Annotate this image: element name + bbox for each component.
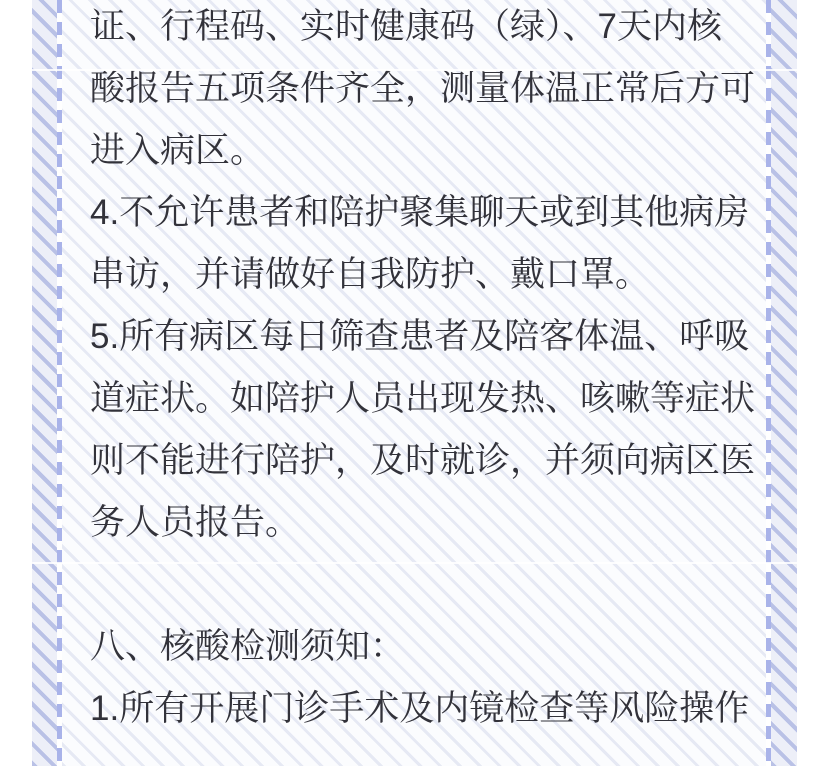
text-line: 证、行程码、实时健康码（绿）、7天内核 [90,0,746,58]
text-line: 串访，并请做好自我防护、戴口罩。 [90,244,746,306]
text-line: 务人员报告。 [90,492,746,554]
text-line: 1.所有开展门诊手术及内镜检查等风险操作 [90,678,746,740]
left-striped-border [32,0,57,766]
text-line: 5.所有病区每日筛查患者及陪客体温、呼吸 [90,306,746,368]
text-line: 酸报告五项条件齐全，测量体温正常后方可 [90,58,746,120]
text-line: 道症状。如陪护人员出现发热、咳嗽等症状 [90,368,746,430]
right-page-margin [797,0,828,766]
notice-content-area: 证、行程码、实时健康码（绿）、7天内核酸报告五项条件齐全，测量体温正常后方可进入… [62,0,766,766]
text-line: 进入病区。 [90,120,746,182]
left-page-margin [0,0,32,766]
text-line: 4.不允许患者和陪护聚集聊天或到其他病房 [90,182,746,244]
notice-page: 证、行程码、实时健康码（绿）、7天内核酸报告五项条件齐全，测量体温正常后方可进入… [0,0,828,766]
blank-line [90,554,746,616]
right-striped-border [771,0,797,766]
notice-text-block: 证、行程码、实时健康码（绿）、7天内核酸报告五项条件齐全，测量体温正常后方可进入… [90,0,746,740]
text-line: 则不能进行陪护，及时就诊，并须向病区医 [90,430,746,492]
text-line: 八、核酸检测须知： [90,616,746,678]
